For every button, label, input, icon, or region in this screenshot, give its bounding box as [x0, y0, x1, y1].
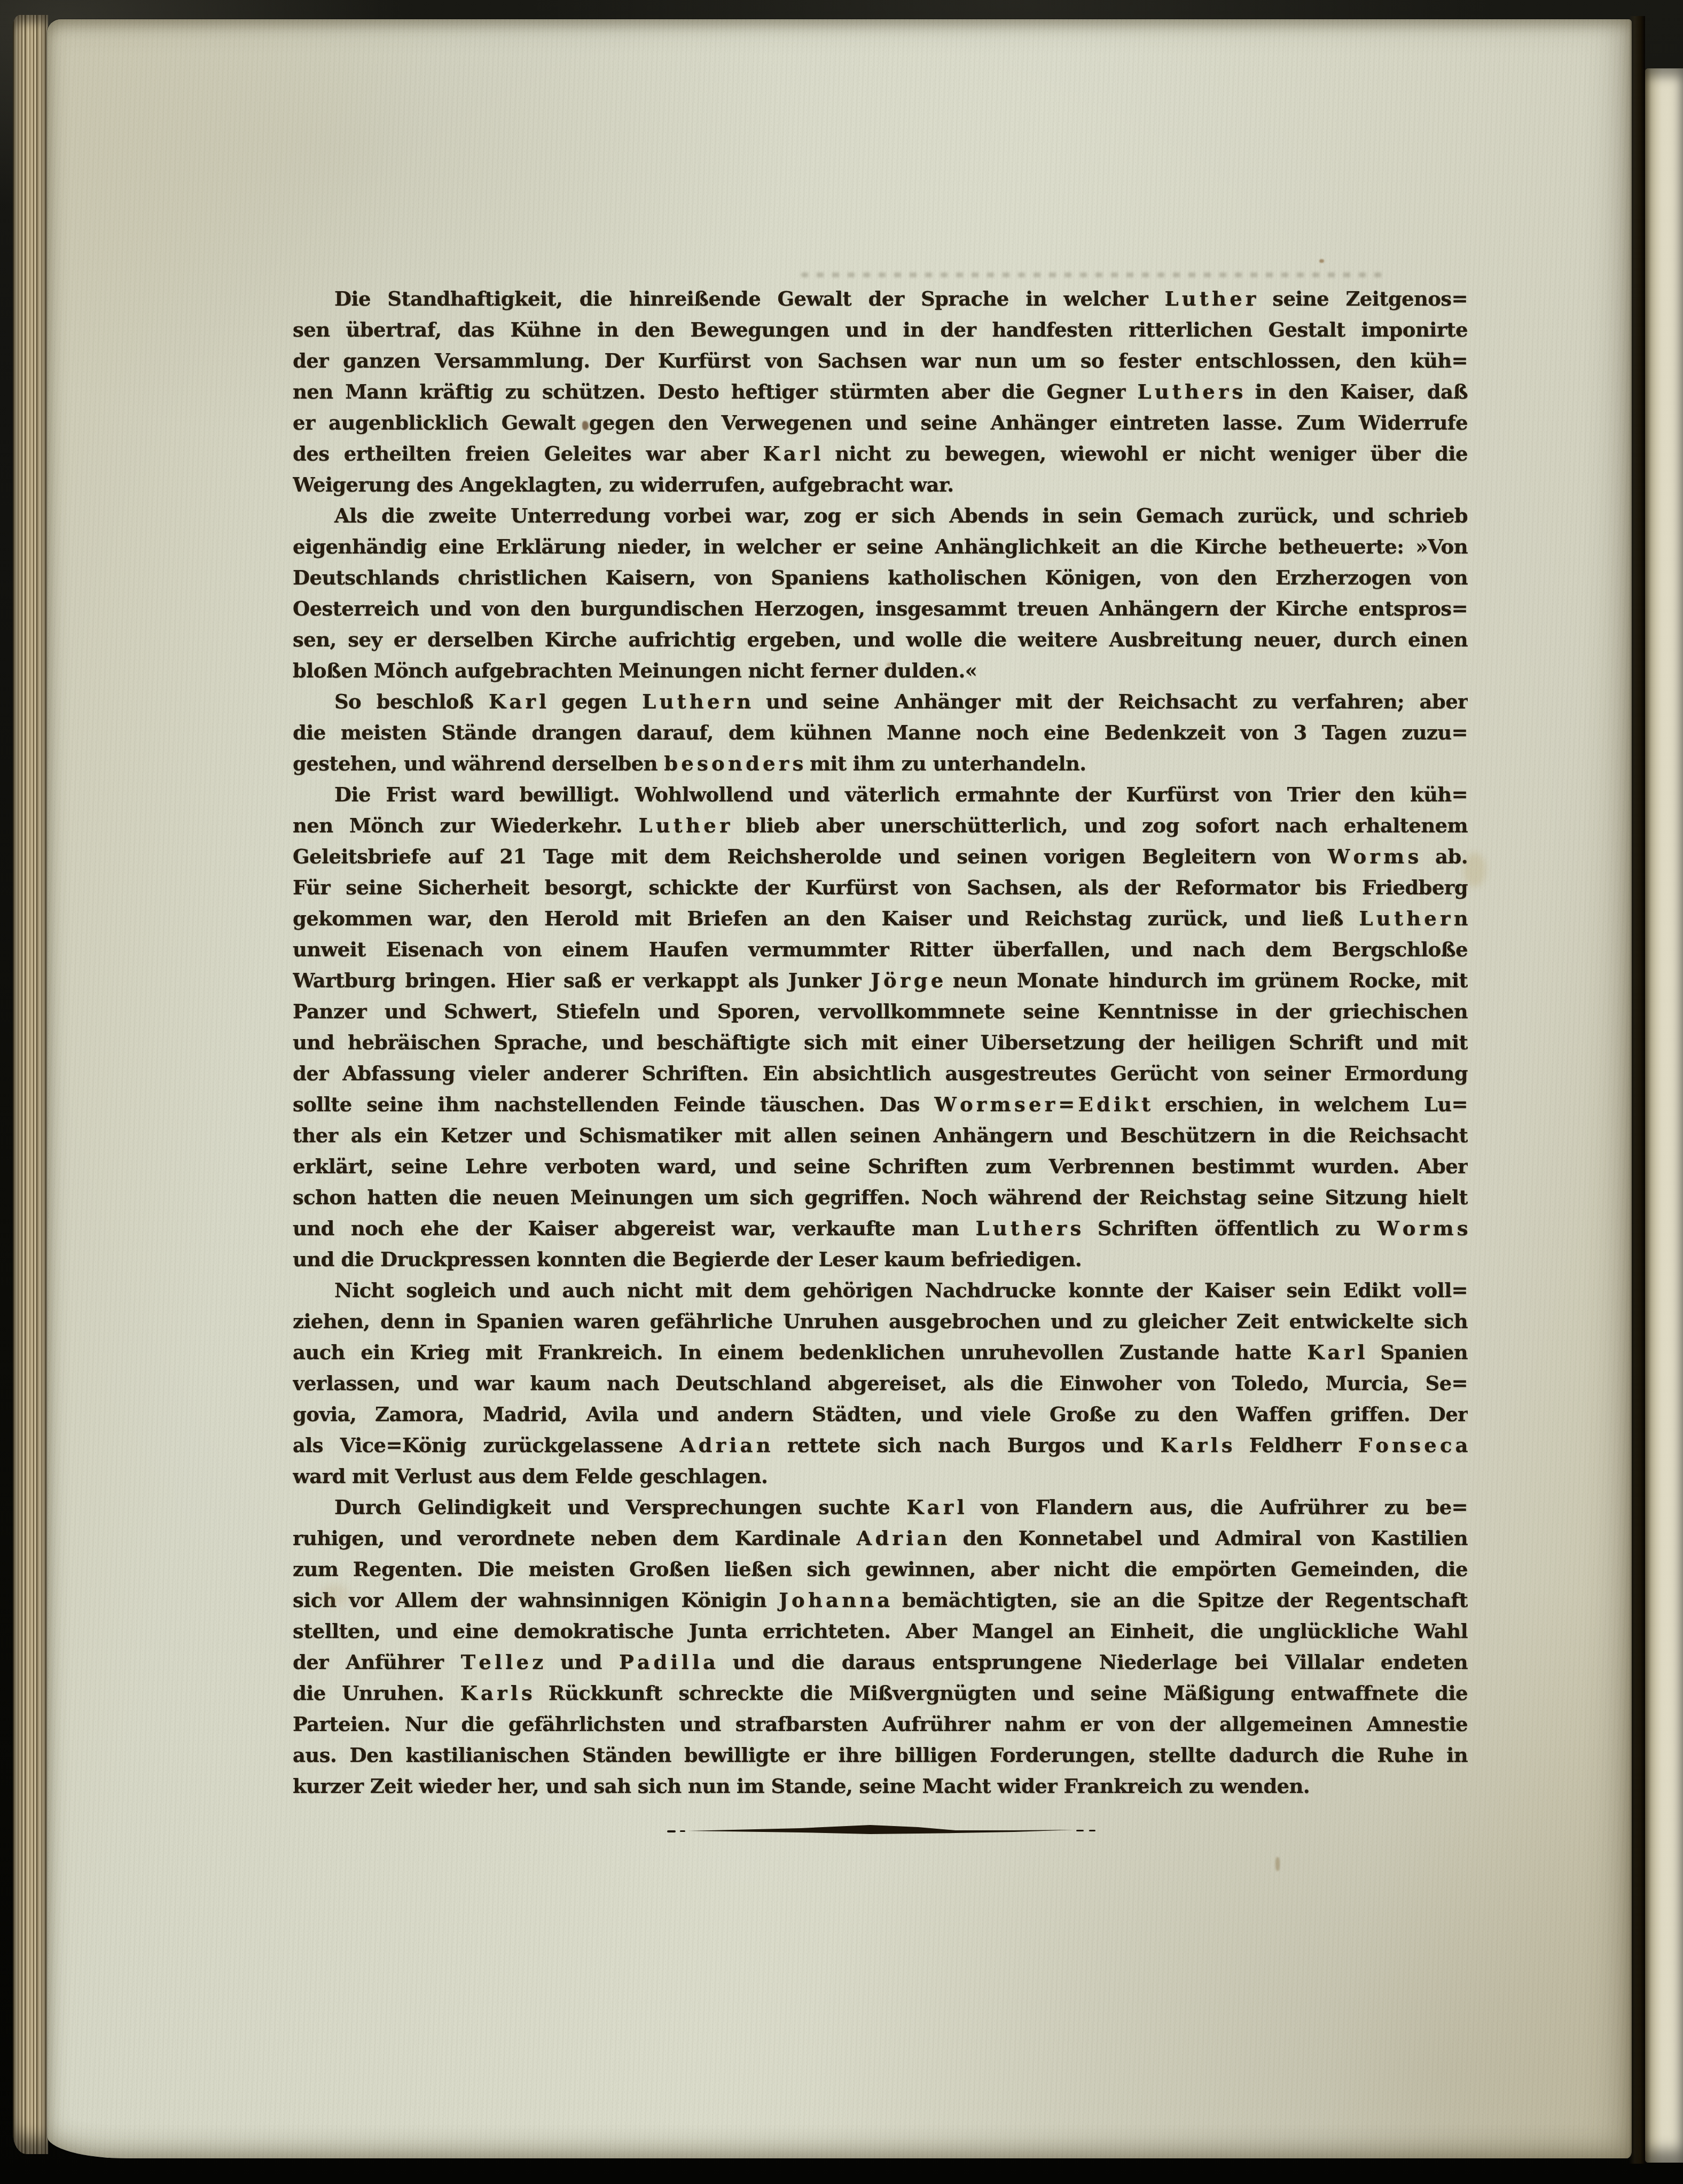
text-line: ziehen, denn in Spanien waren gefährlich…: [293, 1306, 1468, 1337]
text-line: der ganzen Versammlung. Der Kurfürst von…: [293, 345, 1468, 376]
paragraph: So beschloß K a r l gegen L u t h e r n …: [293, 686, 1468, 779]
text-line: Wartburg bringen. Hier saß er verkappt a…: [293, 965, 1468, 996]
text-line: der Abfassung vieler anderer Schriften. …: [293, 1058, 1468, 1089]
paragraph: Die Frist ward bewilligt. Wohlwollend un…: [293, 779, 1468, 1275]
text-line: und hebräischen Sprache, und beschäftigt…: [293, 1027, 1468, 1058]
text-line: sen übertraf, das Kühne in den Bewegunge…: [293, 314, 1468, 345]
text-line: stellten, und eine demokratische Junta e…: [293, 1616, 1468, 1647]
text-line: kurzer Zeit wieder her, und sah sich nun…: [293, 1770, 1468, 1801]
text-line: ther als ein Ketzer und Schismatiker mit…: [293, 1120, 1468, 1151]
text-line: verlassen, und war kaum nach Deutschland…: [293, 1368, 1468, 1399]
text-line: Durch Gelindigkeit und Versprechungen su…: [293, 1492, 1468, 1523]
text-line: ward mit Verlust aus dem Felde geschlage…: [293, 1461, 1468, 1492]
text-line: Parteien. Nur die gefährlichsten und str…: [293, 1709, 1468, 1740]
text-line: gestehen, und während derselben b e s o …: [293, 748, 1468, 779]
text-line: zum Regenten. Die meisten Großen ließen …: [293, 1554, 1468, 1585]
paragraph: Die Standhaftigkeit, die hinreißende Gew…: [293, 283, 1468, 500]
paper-stain: [1319, 259, 1324, 263]
text-line: Panzer und Schwert, Stiefeln und Sporen,…: [293, 996, 1468, 1027]
paragraph: Durch Gelindigkeit und Versprechungen su…: [293, 1492, 1468, 1801]
text-line: ruhigen, und verordnete neben dem Kardin…: [293, 1523, 1468, 1554]
text-line: So beschloß K a r l gegen L u t h e r n …: [293, 686, 1468, 717]
text-line: des ertheilten freien Geleites war aber …: [293, 438, 1468, 469]
paragraph: Als die zweite Unterredung vorbei war, z…: [293, 500, 1468, 686]
page-text: Die Standhaftigkeit, die hinreißende Gew…: [293, 283, 1468, 1801]
scanned-book-photo: { "page": { "description_label": "Scanne…: [0, 0, 1683, 2184]
text-line: nen Mönch zur Wiederkehr. L u t h e r bl…: [293, 810, 1468, 841]
text-line: auch ein Krieg mit Frankreich. In einem …: [293, 1337, 1468, 1368]
text-line: der Anführer T e l l e z und P a d i l l…: [293, 1647, 1468, 1678]
text-line: er augenblicklich Gewalt gegen den Verwe…: [293, 407, 1468, 438]
text-line: Weigerung des Angeklagten, zu widerrufen…: [293, 469, 1468, 500]
text-line: bloßen Mönch aufgebrachten Meinungen nic…: [293, 655, 1468, 686]
text-line: nen Mann kräftig zu schützen. Desto heft…: [293, 376, 1468, 407]
text-line: eigenhändig eine Erklärung nieder, in we…: [293, 531, 1468, 562]
text-line: Nicht sogleich und auch nicht mit dem ge…: [293, 1275, 1468, 1306]
text-line: Oesterreich und von den burgundischen He…: [293, 593, 1468, 624]
tapered-rule-icon: [667, 1824, 1101, 1837]
text-line: und die Druckpressen konnten die Begierd…: [293, 1244, 1468, 1275]
text-line: sen, sey er derselben Kirche aufrichtig …: [293, 624, 1468, 655]
text-line: Als die zweite Unterredung vorbei war, z…: [293, 500, 1468, 531]
book-gutter-shadow: [1629, 16, 1645, 2164]
text-line: Für seine Sicherheit besorgt, schickte d…: [293, 872, 1468, 903]
adjacent-page-edge: [1645, 68, 1683, 2163]
text-line: sollte seine ihm nachstellenden Feinde t…: [293, 1089, 1468, 1120]
text-line: als Vice=König zurückgelassene A d r i a…: [293, 1430, 1468, 1461]
paper-stain: [1275, 1857, 1280, 1871]
text-line: schon hatten die neuen Meinungen um sich…: [293, 1182, 1468, 1213]
book-page: Die Standhaftigkeit, die hinreißende Gew…: [47, 19, 1632, 2158]
text-line: die Unruhen. K a r l s Rückkunft schreck…: [293, 1678, 1468, 1709]
text-line: und noch ehe der Kaiser abgereist war, v…: [293, 1213, 1468, 1244]
text-line: die meisten Stände drangen darauf, dem k…: [293, 717, 1468, 748]
section-divider: [667, 1824, 1101, 1837]
paragraph: Nicht sogleich und auch nicht mit dem ge…: [293, 1275, 1468, 1492]
text-line: govia, Zamora, Madrid, Avila und andern …: [293, 1399, 1468, 1430]
text-line: aus. Den kastilianischen Ständen bewilli…: [293, 1740, 1468, 1770]
text-line: Die Standhaftigkeit, die hinreißende Gew…: [293, 283, 1468, 314]
text-line: Die Frist ward bewilligt. Wohlwollend un…: [293, 779, 1468, 810]
text-line: Deutschlands christlichen Kaisern, von S…: [293, 562, 1468, 593]
text-line: unweit Eisenach von einem Haufen vermumm…: [293, 934, 1468, 965]
text-line: Geleitsbriefe auf 21 Tage mit dem Reichs…: [293, 841, 1468, 872]
text-line: erklärt, seine Lehre verboten ward, und …: [293, 1151, 1468, 1182]
text-line: gekommen war, den Herold mit Briefen an …: [293, 903, 1468, 934]
book-page-edges: [13, 15, 48, 2154]
text-line: sich vor Allem der wahnsinnigen Königin …: [293, 1585, 1468, 1616]
show-through-text: [801, 272, 1389, 277]
